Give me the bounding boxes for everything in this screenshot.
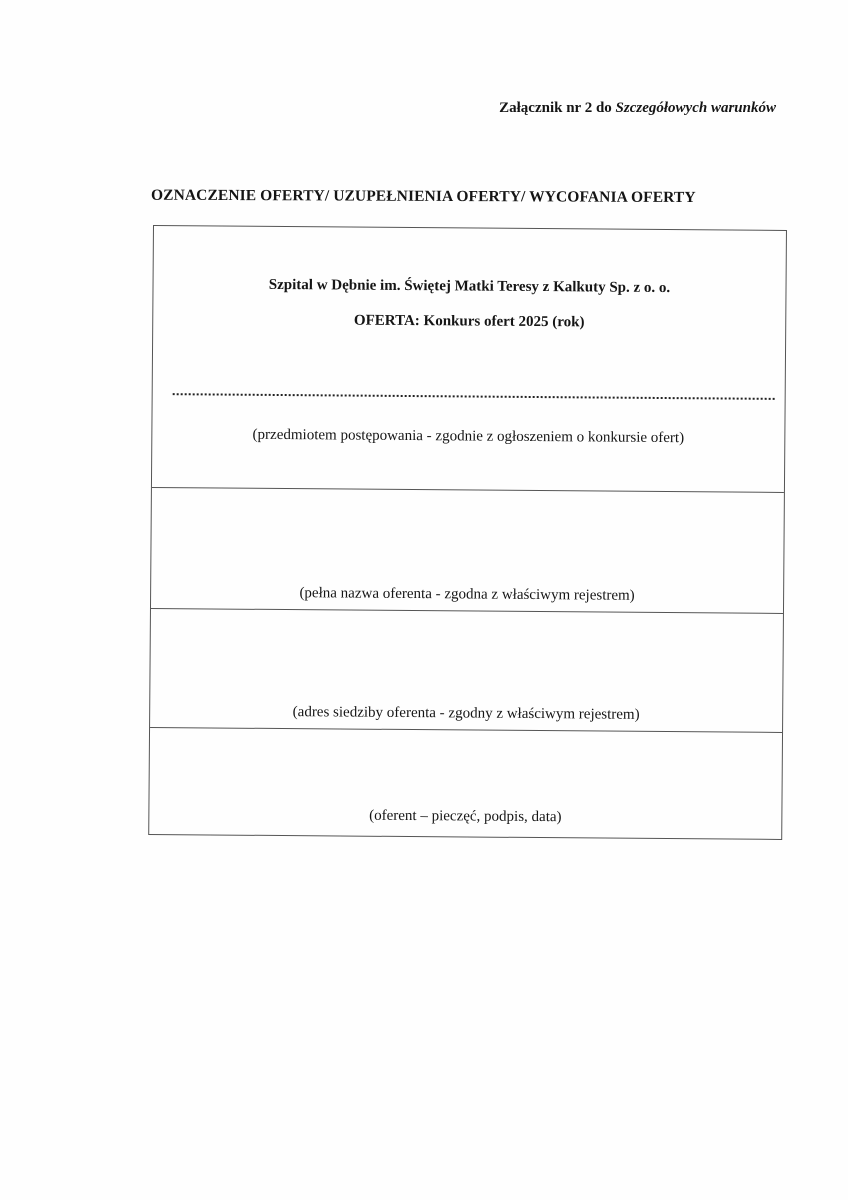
annex-header: Załącznik nr 2 do Szczegółowych warunków xyxy=(499,100,776,117)
address-caption: (adres siedziby oferenta - zgodny z właś… xyxy=(150,703,782,725)
section-signature[interactable]: (oferent – pieczęć, podpis, data) xyxy=(149,728,782,839)
signature-caption: (oferent – pieczęć, podpis, data) xyxy=(149,806,781,828)
section-offeror-name[interactable]: (pełna nazwa oferenta - zgodna z właściw… xyxy=(151,488,784,614)
section-offeror-address[interactable]: (adres siedziby oferenta - zgodny z właś… xyxy=(150,609,783,733)
offer-label-form: Szpital w Dębnie im. Świętej Matki Teres… xyxy=(148,225,787,840)
section-subject: Szpital w Dębnie im. Świętej Matki Teres… xyxy=(152,226,786,493)
subject-caption: (przedmiotem postępowania - zgodnie z og… xyxy=(152,426,784,448)
annex-italic: Szczegółowych warunków xyxy=(616,100,776,116)
offer-line: OFERTA: Konkurs ofert 2025 (rok) xyxy=(153,311,785,333)
subject-fill-line[interactable] xyxy=(173,393,775,400)
annex-prefix: Załącznik nr 2 do xyxy=(499,100,615,116)
name-caption: (pełna nazwa oferenta - zgodna z właściw… xyxy=(151,584,783,606)
document-title: OZNACZENIE OFERTY/ UZUPEŁNIENIA OFERTY/ … xyxy=(151,187,751,208)
hospital-name: Szpital w Dębnie im. Świętej Matki Teres… xyxy=(153,276,785,298)
